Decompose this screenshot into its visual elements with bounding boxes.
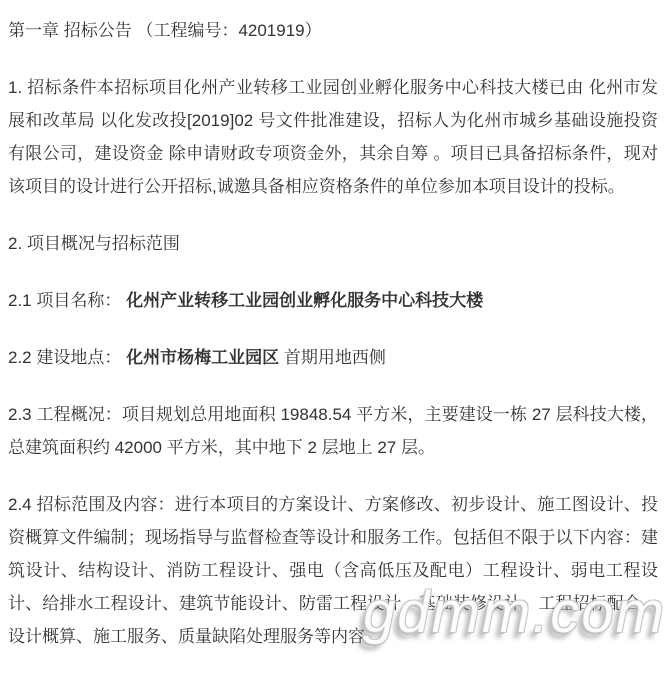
document-page: 第一章 招标公告 （工程编号：4201919） 1. 招标条件本招标项目化州产业… (0, 0, 668, 675)
project-name-value: 化州产业转移工业园创业孵化服务中心科技大楼 (126, 291, 483, 310)
location-line: 2.2 建设地点： 化州市杨梅工业园区 首期用地西侧 (8, 341, 658, 374)
location-value: 化州市杨梅工业园区 (126, 348, 279, 367)
location-label: 2.2 建设地点： (8, 348, 126, 367)
section2-heading: 2. 项目概况与招标范围 (8, 227, 658, 260)
project-name-line: 2.1 项目名称： 化州产业转移工业园创业孵化服务中心科技大楼 (8, 284, 658, 317)
location-suffix: 首期用地西侧 (279, 348, 386, 367)
chapter-heading: 第一章 招标公告 （工程编号：4201919） (8, 14, 658, 47)
project-overview-paragraph: 2.3 工程概况：项目规划总用地面积 19848.54 平方米，主要建设一栋 2… (8, 398, 658, 464)
bidding-conditions-paragraph: 1. 招标条件本招标项目化州产业转移工业园创业孵化服务中心科技大楼已由 化州市发… (8, 71, 658, 203)
project-name-label: 2.1 项目名称： (8, 291, 126, 310)
bidding-scope-paragraph: 2.4 招标范围及内容：进行本项目的方案设计、方案修改、初步设计、施工图设计、投… (8, 488, 658, 653)
